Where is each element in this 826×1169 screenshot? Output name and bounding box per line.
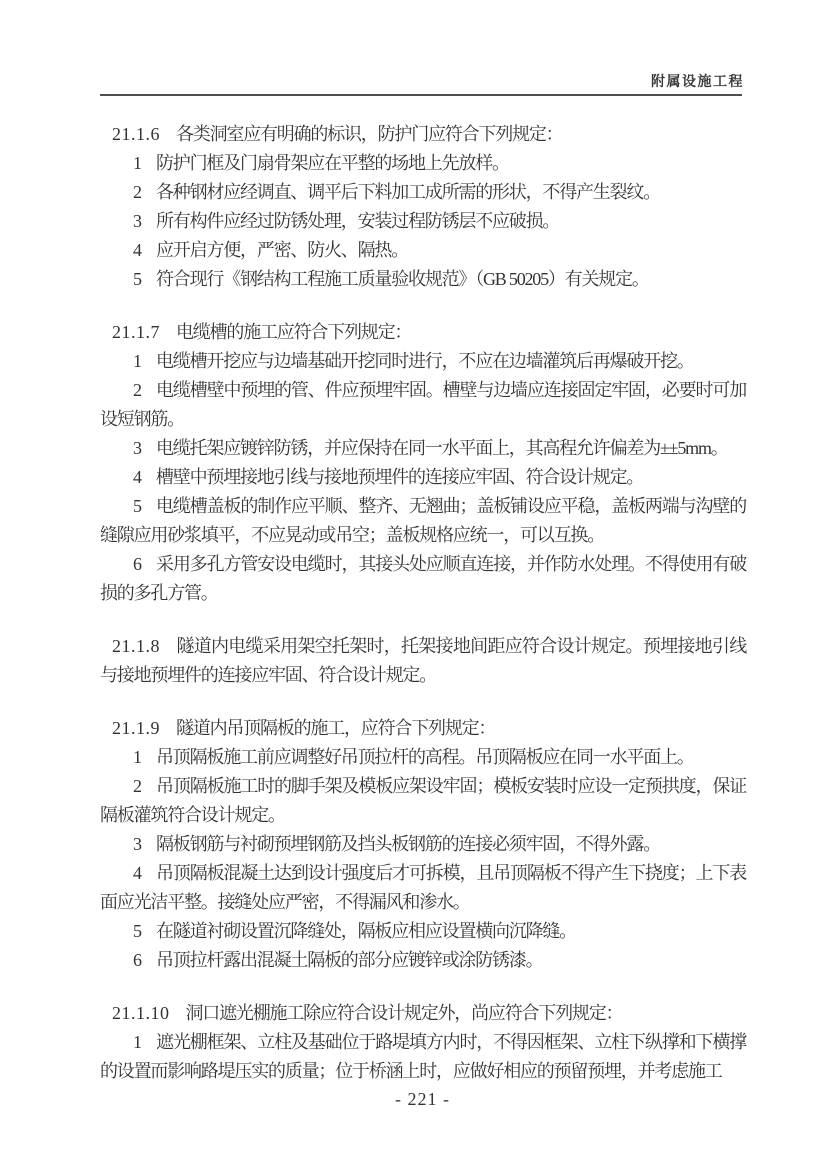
item-text: 遮光棚框架、立柱及基础位于路堤填方内时，不得因框架、立柱下纵撑和下横撑的设置而影… (100, 1032, 746, 1081)
section-21-1-10: 21.1.10洞口遮光棚施工除应符合设计规定外，尚应符合下列规定： 1遮光棚框架… (100, 999, 746, 1086)
clause-number: 21.1.10 (112, 1003, 170, 1023)
item-number: 1 (133, 747, 142, 767)
item-text: 吊顶隔板施工时的脚手架及模板应架设牢固；模板安装时应设一定预拱度，保证隔板灌筑符… (100, 776, 746, 825)
clause-number: 21.1.7 (112, 322, 160, 342)
item-text: 电缆槽开挖应与边墙基础开挖同时进行，不应在边墙灌筑后再爆破开挖。 (156, 351, 694, 371)
list-item: 1吊顶隔板施工前应调整好吊顶拉杆的高程。吊顶隔板应在同一水平面上。 (100, 743, 746, 772)
clause-heading: 21.1.6各类洞室应有明确的标识，防护门应符合下列规定： (100, 120, 746, 149)
section-21-1-9: 21.1.9隧道内吊顶隔板的施工，应符合下列规定： 1吊顶隔板施工前应调整好吊顶… (100, 714, 746, 975)
clause-heading: 21.1.9隧道内吊顶隔板的施工，应符合下列规定： (100, 714, 746, 743)
list-item: 5在隧道衬砌设置沉降缝处，隔板应相应设置横向沉降缝。 (100, 917, 746, 946)
item-text: 吊顶隔板混凝土达到设计强度后才可拆模，且吊顶隔板不得产生下挠度；上下表面应光洁平… (100, 863, 746, 912)
item-number: 2 (133, 776, 142, 796)
section-21-1-8: 21.1.8隧道内电缆采用架空托架时，托架接地间距应符合设计规定。预埋接地引线与… (100, 632, 746, 690)
clause-number: 21.1.9 (112, 718, 160, 738)
clause-heading: 21.1.8隧道内电缆采用架空托架时，托架接地间距应符合设计规定。预埋接地引线与… (100, 632, 746, 690)
list-item: 5符合现行《钢结构工程施工质量验收规范》（GB 50205）有关规定。 (100, 265, 746, 294)
section-21-1-7: 21.1.7电缆槽的施工应符合下列规定： 1电缆槽开挖应与边墙基础开挖同时进行，… (100, 318, 746, 608)
item-text: 吊顶拉杆露出混凝土隔板的部分应镀锌或涂防锈漆。 (156, 950, 542, 970)
clause-heading: 21.1.7电缆槽的施工应符合下列规定： (100, 318, 746, 347)
item-text: 所有构件应经过防锈处理，安装过程防锈层不应破损。 (156, 211, 559, 231)
list-item: 3隔板钢筋与衬砌预埋钢筋及挡头板钢筋的连接必须牢固，不得外露。 (100, 830, 746, 859)
item-text: 符合现行《钢结构工程施工质量验收规范》（GB 50205）有关规定。 (156, 269, 649, 289)
item-number: 3 (133, 834, 142, 854)
document-page: 附属设施工程 21.1.6各类洞室应有明确的标识，防护门应符合下列规定： 1防护… (0, 0, 826, 1169)
clause-number: 21.1.8 (112, 636, 160, 656)
list-item: 1遮光棚框架、立柱及基础位于路堤填方内时，不得因框架、立柱下纵撑和下横撑的设置而… (100, 1028, 746, 1086)
document-body: 21.1.6各类洞室应有明确的标识，防护门应符合下列规定： 1防护门框及门扇骨架… (100, 120, 746, 1086)
list-item: 1电缆槽开挖应与边墙基础开挖同时进行，不应在边墙灌筑后再爆破开挖。 (100, 347, 746, 376)
clause-title: 电缆槽的施工应符合下列规定： (176, 322, 411, 342)
item-text: 电缆槽盖板的制作应平顺、整齐、无翘曲；盖板铺设应平稳，盖板两端与沟壁的缝隙应用砂… (100, 496, 746, 545)
header-rule (100, 94, 742, 96)
list-item: 4吊顶隔板混凝土达到设计强度后才可拆模，且吊顶隔板不得产生下挠度；上下表面应光洁… (100, 859, 746, 917)
item-text: 槽壁中预埋接地引线与接地预埋件的连接应牢固、符合设计规定。 (156, 467, 643, 487)
list-item: 1防护门框及门扇骨架应在平整的场地上先放样。 (100, 149, 746, 178)
item-number: 1 (133, 1032, 142, 1052)
list-item: 6采用多孔方管安设电缆时，其接头处应顺直连接，并作防水处理。不得使用有破损的多孔… (100, 550, 746, 608)
item-number: 4 (133, 467, 142, 487)
list-item: 6吊顶拉杆露出混凝土隔板的部分应镀锌或涂防锈漆。 (100, 946, 746, 975)
item-number: 4 (133, 863, 142, 883)
clause-title: 隧道内电缆采用架空托架时，托架接地间距应符合设计规定。预埋接地引线与接地预埋件的… (100, 636, 746, 685)
item-number: 6 (133, 554, 142, 574)
item-text: 防护门框及门扇骨架应在平整的场地上先放样。 (156, 153, 509, 173)
item-text: 在隧道衬砌设置沉降缝处，隔板应相应设置横向沉降缝。 (156, 921, 576, 941)
item-number: 6 (133, 950, 142, 970)
list-item: 4槽壁中预埋接地引线与接地预埋件的连接应牢固、符合设计规定。 (100, 463, 746, 492)
running-header: 附属设施工程 (100, 71, 744, 91)
item-number: 3 (133, 438, 142, 458)
page-number: - 221 - (100, 1089, 745, 1110)
list-item: 2电缆槽壁中预埋的管、件应预埋牢固。槽壁与边墙应连接固定牢固，必要时可加设短钢筋… (100, 376, 746, 434)
clause-title: 隧道内吊顶隔板的施工，应符合下列规定： (176, 718, 495, 738)
item-number: 5 (133, 496, 142, 516)
item-text: 吊顶隔板施工前应调整好吊顶拉杆的高程。吊顶隔板应在同一水平面上。 (156, 747, 694, 767)
clause-number: 21.1.6 (112, 124, 160, 144)
list-item: 2吊顶隔板施工时的脚手架及模板应架设牢固；模板安装时应设一定预拱度，保证隔板灌筑… (100, 772, 746, 830)
list-item: 5电缆槽盖板的制作应平顺、整齐、无翘曲；盖板铺设应平稳，盖板两端与沟壁的缝隙应用… (100, 492, 746, 550)
item-number: 2 (133, 182, 142, 202)
item-text: 电缆托架应镀锌防锈，并应保持在同一水平面上，其高程允许偏差为±±5mm。 (156, 438, 728, 458)
item-text: 各种钢材应经调直、调平后下料加工成所需的形状，不得产生裂纹。 (156, 182, 660, 202)
item-number: 4 (133, 240, 142, 260)
clause-heading: 21.1.10洞口遮光棚施工除应符合设计规定外，尚应符合下列规定： (100, 999, 746, 1028)
item-number: 5 (133, 269, 142, 289)
section-21-1-6: 21.1.6各类洞室应有明确的标识，防护门应符合下列规定： 1防护门框及门扇骨架… (100, 120, 746, 294)
item-number: 2 (133, 380, 142, 400)
item-number: 1 (133, 153, 142, 173)
item-number: 1 (133, 351, 142, 371)
list-item: 3电缆托架应镀锌防锈，并应保持在同一水平面上，其高程允许偏差为±±5mm。 (100, 434, 746, 463)
list-item: 2各种钢材应经调直、调平后下料加工成所需的形状，不得产生裂纹。 (100, 178, 746, 207)
item-text: 应开启方便，严密、防火、隔热。 (156, 240, 408, 260)
clause-title: 洞口遮光棚施工除应符合设计规定外，尚应符合下列规定： (186, 1003, 623, 1023)
clause-title: 各类洞室应有明确的标识，防护门应符合下列规定： (176, 124, 562, 144)
item-number: 5 (133, 921, 142, 941)
item-text: 隔板钢筋与衬砌预埋钢筋及挡头板钢筋的连接必须牢固，不得外露。 (156, 834, 660, 854)
item-number: 3 (133, 211, 142, 231)
item-text: 采用多孔方管安设电缆时，其接头处应顺直连接，并作防水处理。不得使用有破损的多孔方… (100, 554, 746, 603)
item-text: 电缆槽壁中预埋的管、件应预埋牢固。槽壁与边墙应连接固定牢固，必要时可加设短钢筋。 (100, 380, 746, 429)
list-item: 4应开启方便，严密、防火、隔热。 (100, 236, 746, 265)
list-item: 3所有构件应经过防锈处理，安装过程防锈层不应破损。 (100, 207, 746, 236)
